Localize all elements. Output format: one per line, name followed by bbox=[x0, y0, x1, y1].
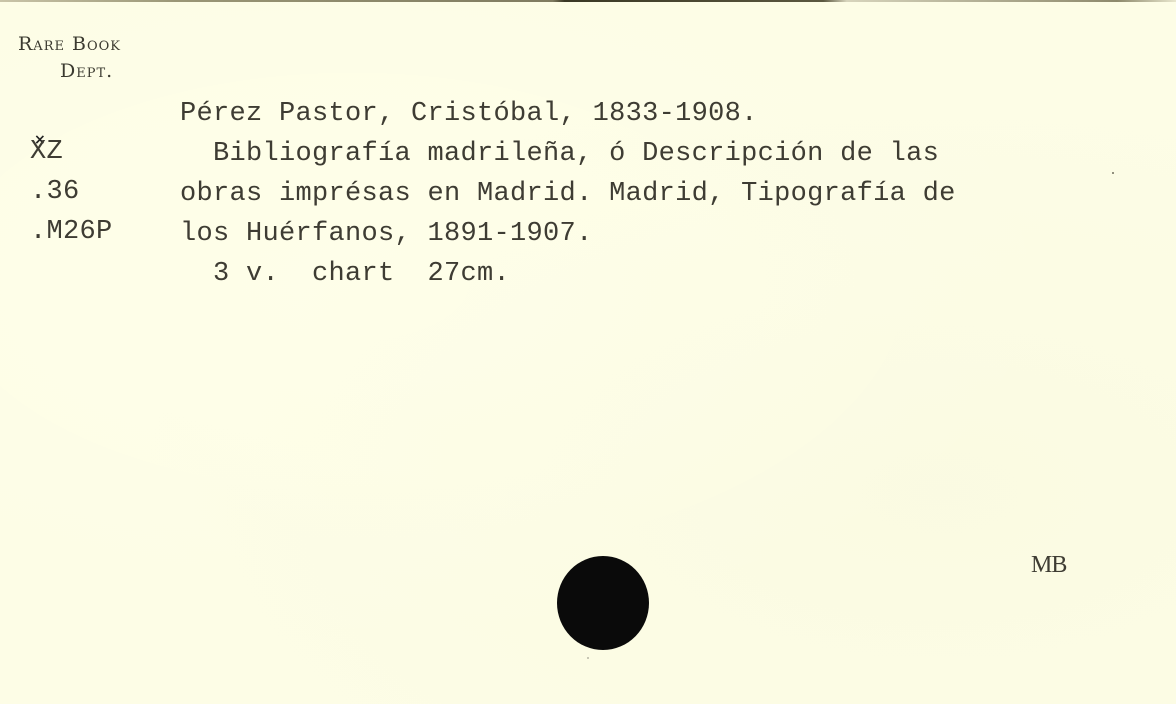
card-top-edge bbox=[0, 0, 1176, 2]
call-number-line-3: .M26P bbox=[30, 217, 113, 247]
call-number-line-1: XZ bbox=[30, 137, 63, 167]
cataloger-initials: MB bbox=[1031, 552, 1066, 579]
call-number-line-2: .36 bbox=[30, 177, 80, 207]
department-stamp-line2: Dept. bbox=[60, 60, 113, 82]
title-line-1: Bibliografía madrileña, ó Descripción de… bbox=[180, 139, 939, 169]
title-line-3: los Huérfanos, 1891-1907. bbox=[180, 219, 593, 249]
title-line-2: obras imprésas en Madrid. Madrid, Tipogr… bbox=[180, 179, 956, 209]
department-stamp-line1: Rare Book bbox=[18, 33, 121, 55]
punch-hole-icon bbox=[557, 556, 649, 650]
ink-speck bbox=[1112, 172, 1114, 174]
ink-speck bbox=[587, 657, 589, 659]
catalog-card: Rare Book Dept. × XZ .36 .M26P Pérez Pas… bbox=[0, 0, 1176, 704]
author-heading: Pérez Pastor, Cristóbal, 1833-1908. bbox=[180, 99, 758, 129]
collation-line: 3 v. chart 27cm. bbox=[180, 259, 510, 289]
